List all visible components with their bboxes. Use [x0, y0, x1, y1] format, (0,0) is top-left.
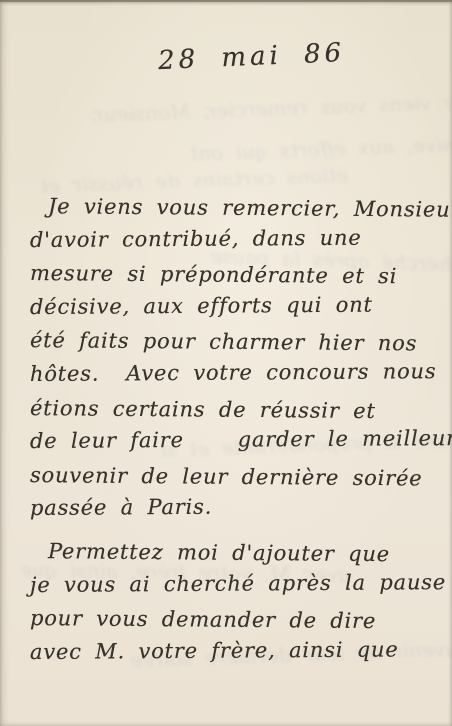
letter-date: 28 mai 86 — [157, 38, 345, 76]
handwriting-line: avec M. votre frère, ainsi que — [30, 633, 450, 670]
handwriting-line: passée à Paris. — [30, 489, 450, 526]
handwriting-line: je vous ai cherché après la pause — [30, 566, 450, 603]
handwriting-line: hôtes. Avec votre concours nous — [30, 355, 450, 392]
letter-paragraph: Je viens vous remercier, Monsieur, d'avo… — [30, 190, 450, 526]
letter-paragraph: Permettez moi d'ajouter que je vous ai c… — [30, 535, 450, 669]
handwriting-line: décisive, aux efforts qui ont — [30, 288, 450, 325]
letter-body: Je viens vous remercier, Monsieur, d'avo… — [30, 190, 450, 669]
ink-bleed-through: décisive, aux efforts qui ont — [190, 131, 452, 166]
handwriting-line: de leur faire garder le meilleur — [30, 422, 450, 459]
ink-bleed-through: Je viens vous remercier, Monsieur, — [90, 89, 452, 126]
handwriting-line: d'avoir contribué, dans une — [30, 221, 450, 258]
letter-page: Je viens vous remercier, Monsieur, décis… — [0, 0, 452, 726]
